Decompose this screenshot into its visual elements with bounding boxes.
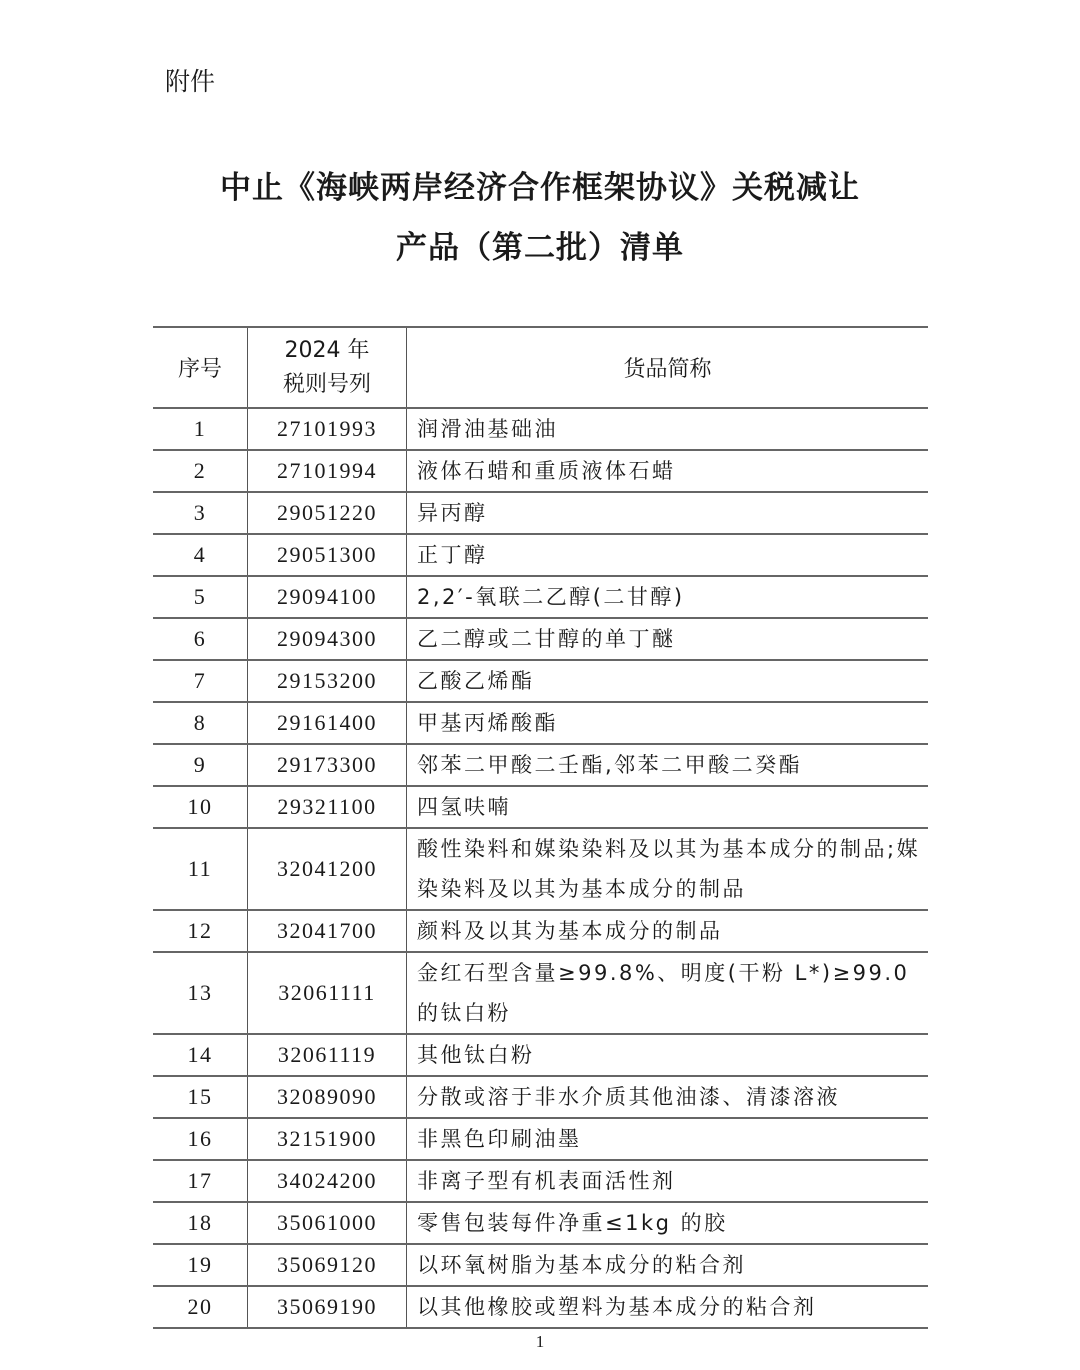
table-row: 929173300邻苯二甲酸二壬酯,邻苯二甲酸二癸酯 [153, 744, 928, 786]
table-row: 1734024200非离子型有机表面活性剂 [153, 1160, 928, 1202]
header-seq: 序号 [153, 327, 248, 408]
row-product-name: 分散或溶于非水介质其他油漆、清漆溶液 [407, 1076, 929, 1118]
row-seq: 11 [153, 828, 248, 910]
row-seq: 14 [153, 1034, 248, 1076]
row-seq: 18 [153, 1202, 248, 1244]
row-seq: 13 [153, 952, 248, 1034]
row-product-name: 以其他橡胶或塑料为基本成分的粘合剂 [407, 1286, 929, 1328]
row-product-name: 2,2′-氧联二乙醇(二甘醇) [407, 576, 929, 618]
row-seq: 6 [153, 618, 248, 660]
row-tariff-code: 29051220 [248, 492, 407, 534]
row-seq: 17 [153, 1160, 248, 1202]
table-row: 1935069120以环氧树脂为基本成分的粘合剂 [153, 1244, 928, 1286]
table-row: 2035069190以其他橡胶或塑料为基本成分的粘合剂 [153, 1286, 928, 1328]
row-tariff-code: 29153200 [248, 660, 407, 702]
product-list-table: 序号 2024 年 税则号列 货品简称 127101993润滑油基础油22710… [153, 326, 928, 1329]
attachment-label: 附件 [165, 62, 215, 98]
table-row: 1632151900非黑色印刷油墨 [153, 1118, 928, 1160]
table-row: 1132041200酸性染料和媒染染料及以其为基本成分的制品;媒染染料及以其为基… [153, 828, 928, 910]
header-tariff-code: 2024 年 税则号列 [248, 327, 407, 408]
row-product-name: 正丁醇 [407, 534, 929, 576]
row-product-name: 液体石蜡和重质液体石蜡 [407, 450, 929, 492]
row-tariff-code: 29321100 [248, 786, 407, 828]
row-tariff-code: 35069120 [248, 1244, 407, 1286]
row-tariff-code: 34024200 [248, 1160, 407, 1202]
table-row: 1532089090分散或溶于非水介质其他油漆、清漆溶液 [153, 1076, 928, 1118]
table-header-row: 序号 2024 年 税则号列 货品简称 [153, 327, 928, 408]
row-seq: 15 [153, 1076, 248, 1118]
table-row: 629094300乙二醇或二甘醇的单丁醚 [153, 618, 928, 660]
row-product-name: 以环氧树脂为基本成分的粘合剂 [407, 1244, 929, 1286]
page-number: 1 [0, 1332, 1080, 1352]
row-product-name: 金红石型含量≥99.8%、明度(干粉 L*)≥99.0的钛白粉 [407, 952, 929, 1034]
table-row: 1332061111金红石型含量≥99.8%、明度(干粉 L*)≥99.0的钛白… [153, 952, 928, 1034]
row-seq: 9 [153, 744, 248, 786]
row-tariff-code: 29051300 [248, 534, 407, 576]
row-tariff-code: 29173300 [248, 744, 407, 786]
row-tariff-code: 32041200 [248, 828, 407, 910]
row-tariff-code: 27101993 [248, 408, 407, 450]
row-product-name: 其他钛白粉 [407, 1034, 929, 1076]
row-tariff-code: 32089090 [248, 1076, 407, 1118]
header-tariff-code-line1: 2024 年 [248, 334, 406, 368]
row-product-name: 邻苯二甲酸二壬酯,邻苯二甲酸二癸酯 [407, 744, 929, 786]
table-row: 1232041700颜料及以其为基本成分的制品 [153, 910, 928, 952]
row-seq: 8 [153, 702, 248, 744]
row-product-name: 异丙醇 [407, 492, 929, 534]
row-product-name: 润滑油基础油 [407, 408, 929, 450]
table-row: 127101993润滑油基础油 [153, 408, 928, 450]
row-product-name: 非黑色印刷油墨 [407, 1118, 929, 1160]
table-row: 1029321100四氢呋喃 [153, 786, 928, 828]
row-product-name: 乙酸乙烯酯 [407, 660, 929, 702]
row-tariff-code: 32151900 [248, 1118, 407, 1160]
row-seq: 4 [153, 534, 248, 576]
row-tariff-code: 35061000 [248, 1202, 407, 1244]
row-seq: 16 [153, 1118, 248, 1160]
table-row: 227101994液体石蜡和重质液体石蜡 [153, 450, 928, 492]
row-product-name: 非离子型有机表面活性剂 [407, 1160, 929, 1202]
row-tariff-code: 27101994 [248, 450, 407, 492]
row-seq: 1 [153, 408, 248, 450]
header-tariff-code-line2: 税则号列 [248, 368, 406, 402]
row-seq: 19 [153, 1244, 248, 1286]
header-product-name: 货品简称 [407, 327, 929, 408]
row-product-name: 酸性染料和媒染染料及以其为基本成分的制品;媒染染料及以其为基本成分的制品 [407, 828, 929, 910]
row-product-name: 乙二醇或二甘醇的单丁醚 [407, 618, 929, 660]
row-tariff-code: 32041700 [248, 910, 407, 952]
table-row: 1432061119其他钛白粉 [153, 1034, 928, 1076]
row-product-name: 颜料及以其为基本成分的制品 [407, 910, 929, 952]
row-product-name: 甲基丙烯酸酯 [407, 702, 929, 744]
row-seq: 10 [153, 786, 248, 828]
row-product-name: 四氢呋喃 [407, 786, 929, 828]
table-row: 1835061000零售包装每件净重≤1kg 的胶 [153, 1202, 928, 1244]
row-seq: 3 [153, 492, 248, 534]
row-tariff-code: 32061111 [248, 952, 407, 1034]
row-tariff-code: 29094100 [248, 576, 407, 618]
row-tariff-code: 29094300 [248, 618, 407, 660]
row-product-name: 零售包装每件净重≤1kg 的胶 [407, 1202, 929, 1244]
table-row: 729153200乙酸乙烯酯 [153, 660, 928, 702]
row-seq: 5 [153, 576, 248, 618]
document-title-line1: 中止《海峡两岸经济合作框架协议》关税减让 [0, 162, 1080, 207]
row-tariff-code: 32061119 [248, 1034, 407, 1076]
row-tariff-code: 29161400 [248, 702, 407, 744]
row-seq: 20 [153, 1286, 248, 1328]
table-row: 329051220异丙醇 [153, 492, 928, 534]
row-seq: 12 [153, 910, 248, 952]
table-row: 5290941002,2′-氧联二乙醇(二甘醇) [153, 576, 928, 618]
row-tariff-code: 35069190 [248, 1286, 407, 1328]
document-title-line2: 产品（第二批）清单 [0, 222, 1080, 267]
table-row: 829161400甲基丙烯酸酯 [153, 702, 928, 744]
row-seq: 2 [153, 450, 248, 492]
row-seq: 7 [153, 660, 248, 702]
table-row: 429051300正丁醇 [153, 534, 928, 576]
